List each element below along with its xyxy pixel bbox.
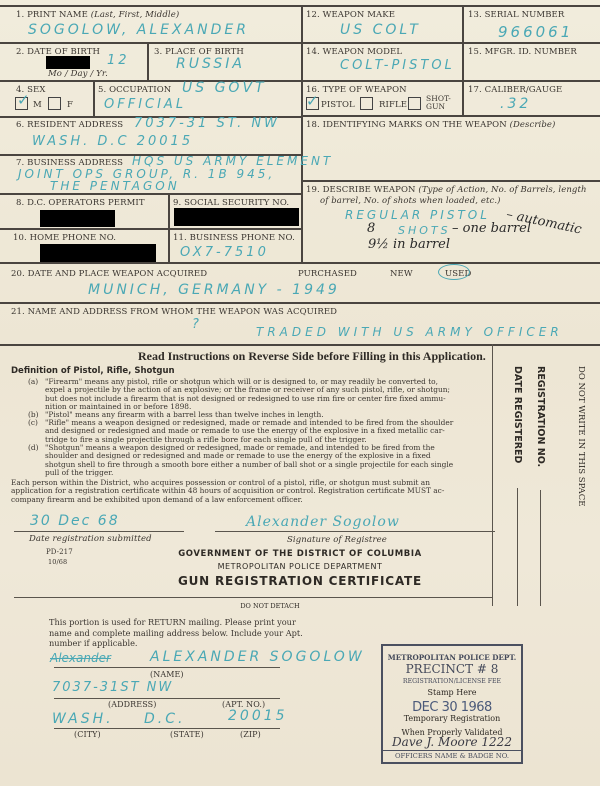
gun-registration-form: 1. PRINT NAME (Last, First, Middle) SOGO…: [0, 0, 600, 786]
def-d-text: "Shotgun" means a weapon designed or red…: [45, 444, 490, 477]
do-not-detach-label: DO NOT DETACH: [0, 602, 540, 610]
field-19-label: 19. DESCRIBE WEAPON (Type of Action, No.…: [306, 185, 587, 195]
date-submitted-line: [14, 531, 184, 532]
sex-m-label: M: [33, 100, 42, 110]
redaction-bar: [40, 244, 156, 262]
stamp-dept: METROPOLITAN POLICE DEPT.: [383, 653, 521, 662]
rule: [0, 262, 600, 264]
field-17-value[interactable]: .32: [500, 96, 531, 112]
return-city-value[interactable]: WASH.: [52, 711, 114, 727]
date-submitted-label: Date registration submitted: [29, 534, 152, 544]
rule: [301, 180, 600, 182]
field-17-label: 17. CALIBER/GAUGE: [468, 85, 562, 95]
city-line: [54, 728, 280, 729]
field-21-question[interactable]: ?: [192, 317, 202, 332]
field-1-label: 1. PRINT NAME (Last, First, Middle): [16, 10, 179, 20]
field-15-label: 15. MFGR. ID. NUMBER: [468, 47, 577, 57]
do-not-write-label: DO NOT WRITE IN THIS SPACE: [576, 366, 586, 506]
stamp-precinct: PRECINCT # 8: [383, 662, 521, 676]
field-7-value-line1[interactable]: HQS US ARMY ELEMENT: [132, 154, 333, 168]
field-2-hint: Mo / Day / Yr.: [48, 69, 108, 79]
return-name-struck: Alexander: [50, 651, 111, 665]
field-19-hint: of barrel, No. of shots when loaded, etc…: [320, 196, 501, 206]
field-21-label: 21. NAME AND ADDRESS FROM WHOM THE WEAPO…: [11, 307, 337, 317]
field-5-label: 5. OCCUPATION: [98, 85, 171, 95]
redaction-bar: [40, 210, 115, 227]
return-state-value[interactable]: D.C.: [144, 711, 185, 727]
field-5-value-line1[interactable]: US GOVT: [182, 80, 267, 96]
field-19-value-line2c[interactable]: – one barrel: [452, 221, 531, 236]
date-submitted-value[interactable]: 30 Dec 68: [30, 513, 120, 529]
rule: [0, 302, 600, 304]
field-11-label: 11. BUSINESS PHONE NO.: [173, 233, 295, 243]
purchased-label: PURCHASED: [298, 269, 357, 279]
rule: [301, 80, 600, 82]
rule: [301, 42, 600, 44]
field-12-label: 12. WEAPON MAKE: [306, 10, 395, 20]
used-circle: [438, 264, 470, 280]
field-1-value[interactable]: SOGOLOW, ALEXANDER: [28, 22, 249, 38]
rule: [0, 344, 600, 346]
state-label: (STATE): [170, 730, 204, 739]
def-c-key: (c): [28, 419, 38, 427]
government-title: GOVERNMENT OF THE DISTRICT OF COLUMBIA: [0, 549, 600, 559]
instructions-heading: Read Instructions on Reverse Side before…: [138, 349, 486, 364]
rule: [147, 42, 149, 80]
name-label: (NAME): [150, 670, 184, 679]
def-d-key: (d): [28, 444, 39, 452]
certificate-title: GUN REGISTRATION CERTIFICATE: [0, 574, 600, 588]
field-21-value[interactable]: TRADED WITH US ARMY OFFICER: [256, 325, 563, 339]
city-label: (CITY): [74, 730, 101, 739]
field-3-value[interactable]: RUSSIA: [176, 56, 245, 72]
stamp-footer: OFFICERS NAME & BADGE NO.: [383, 752, 521, 760]
type-rifle-checkbox[interactable]: [360, 97, 373, 110]
field-6-value-line1[interactable]: 7037-31 ST. NW: [134, 116, 280, 131]
stamp-here: Stamp Here: [383, 688, 521, 697]
registration-no-label: REGISTRATION NO.: [535, 366, 546, 467]
field-12-value[interactable]: US COLT: [340, 22, 421, 38]
rule: [93, 80, 95, 116]
department-title: METROPOLITAN POLICE DEPARTMENT: [0, 562, 600, 571]
field-19-value-line1[interactable]: REGULAR PISTOL: [345, 208, 490, 222]
rule: [0, 193, 302, 195]
check-mark-icon: ✓: [306, 92, 319, 110]
registration-notice: Each person within the District, who acq…: [11, 479, 491, 504]
field-7-value-line3[interactable]: THE PENTAGON: [50, 179, 180, 193]
field-10-label: 10. HOME PHONE NO.: [13, 233, 116, 243]
detach-line: [14, 597, 492, 598]
return-mail-instructions: This portion is used for RETURN mailing.…: [49, 617, 303, 649]
date-registered-line: [517, 488, 518, 606]
type-rifle-label: RIFLE: [379, 100, 407, 110]
registration-no-line: [540, 490, 541, 606]
redaction-bar: [46, 56, 90, 69]
check-mark-icon: ✓: [17, 91, 30, 109]
field-20-value[interactable]: MUNICH, GERMANY - 1949: [88, 282, 340, 298]
field-11-value[interactable]: OX7-7510: [180, 245, 269, 260]
field-13-label: 13. SERIAL NUMBER: [468, 10, 564, 20]
address-label: (ADDRESS): [108, 700, 156, 709]
sex-f-checkbox[interactable]: [48, 97, 61, 110]
field-19-value-line2a[interactable]: 8: [367, 221, 375, 236]
return-name-value[interactable]: ALEXANDER SOGOLOW: [150, 649, 365, 665]
name-line: [54, 667, 280, 668]
field-19-value-line2b[interactable]: SHOTS: [398, 224, 451, 237]
zip-label: (ZIP): [240, 730, 261, 739]
def-a-text: "Firearm" means any pistol, rifle or sho…: [45, 378, 490, 411]
def-a-key: (a): [28, 378, 38, 386]
redaction-bar: [174, 208, 299, 226]
field-6-label: 6. RESIDENT ADDRESS: [16, 120, 123, 130]
rule: [0, 5, 600, 7]
def-c-text: "Rifle" means a weapon designed or redes…: [45, 419, 490, 444]
new-option[interactable]: NEW: [390, 269, 413, 279]
stamp-date: DEC 30 1968: [383, 700, 521, 715]
stamp-temporary: Temporary Registration: [383, 714, 521, 723]
field-6-value-line2[interactable]: WASH. D.C 20015: [32, 134, 193, 149]
type-shotgun-checkbox[interactable]: [408, 97, 421, 110]
field-20-label: 20. DATE AND PLACE WEAPON ACQUIRED: [11, 269, 207, 279]
address-line: [54, 698, 280, 699]
rule: [0, 42, 302, 44]
police-stamp-box: METROPOLITAN POLICE DEPT. PRECINCT # 8 R…: [381, 644, 523, 764]
return-zip-value[interactable]: 20015: [228, 708, 288, 724]
field-19-value-line3[interactable]: 9½ in barrel: [368, 237, 450, 252]
field-5-value-line2[interactable]: OFFICIAL: [104, 97, 186, 112]
definitions-title: Definition of Pistol, Rifle, Shotgun: [11, 366, 175, 376]
signature-label: Signature of Registree: [287, 535, 387, 545]
field-14-label: 14. WEAPON MODEL: [306, 47, 402, 57]
rule: [0, 228, 302, 230]
officer-signature: Dave J. Moore 1222: [383, 735, 521, 749]
type-pistol-label: PISTOL: [321, 100, 355, 110]
field-14-value[interactable]: COLT-PISTOL: [340, 58, 455, 73]
stamp-fee: REGISTRATION/LICENSE FEE: [383, 678, 521, 685]
return-address-value[interactable]: 7037-31ST NW: [52, 680, 173, 695]
type-shotgun-label: SHOT-GUN: [426, 95, 456, 111]
field-2-value[interactable]: 12: [107, 53, 130, 68]
field-18-label: 18. IDENTIFYING MARKS ON THE WEAPON (Des…: [306, 120, 555, 130]
signature-value[interactable]: Alexander Sogolow: [246, 514, 400, 530]
field-16-label: 16. TYPE OF WEAPON: [306, 85, 407, 95]
rule: [462, 5, 464, 115]
field-13-value[interactable]: 966061: [498, 23, 573, 41]
sex-f-label: F: [67, 100, 73, 110]
field-8-label: 8. D.C. OPERATORS PERMIT: [16, 198, 145, 208]
signature-line: [215, 531, 495, 532]
rule: [301, 115, 600, 117]
stamp-divider: [383, 750, 521, 751]
field-9-label: 9. SOCIAL SECURITY NO.: [173, 198, 289, 208]
date-registered-label: DATE REGISTERED: [512, 366, 523, 463]
